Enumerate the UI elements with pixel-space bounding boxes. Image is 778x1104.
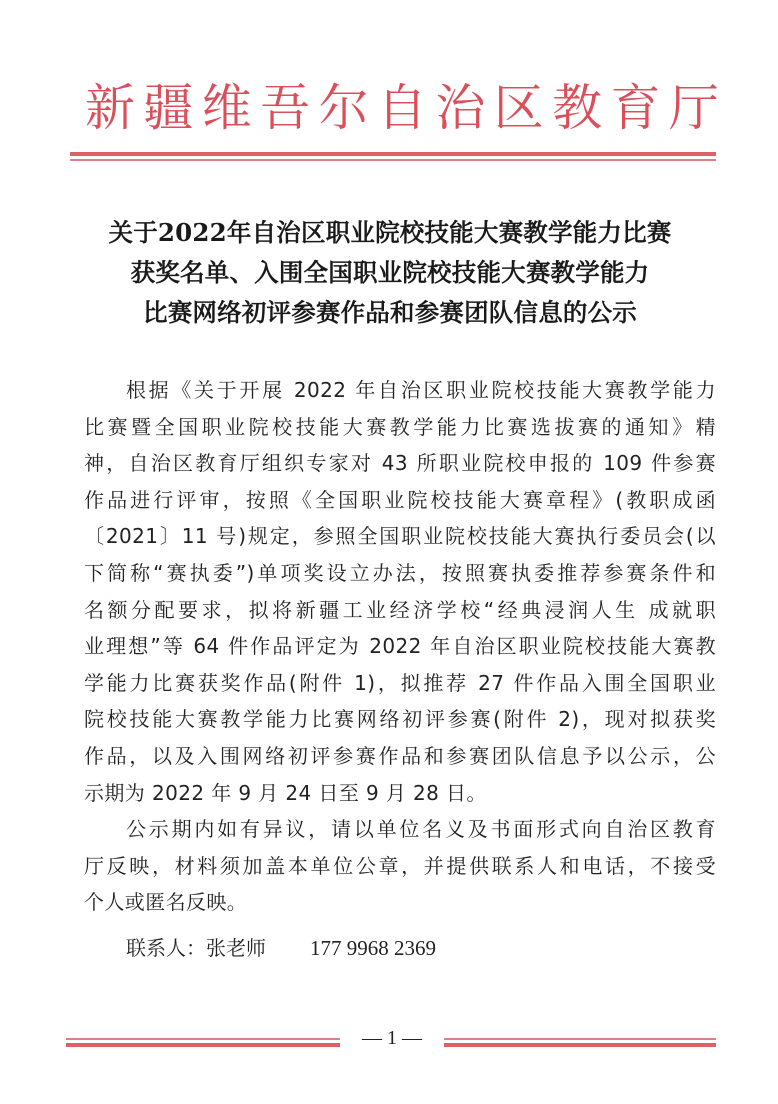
masthead-char: 尔 <box>316 78 372 138</box>
body-line: 名额分配要求，拟将新疆工业经济学校“经典浸润人生 成就职 <box>84 592 716 629</box>
title-line: 关于2022年自治区职业院校技能大赛教学能力比赛 <box>60 213 720 253</box>
masthead-char: 新 <box>82 78 138 138</box>
header-rule-thin <box>70 159 716 161</box>
body-line: 神，自治区教育厅组织专家对 43 所职业院校申报的 109 件参赛 <box>84 445 716 482</box>
masthead-char: 厅 <box>666 78 722 138</box>
body-line: 作品，以及入围网络初评参赛作品和参赛团队信息予以公示，公 <box>84 738 716 775</box>
document-title: 关于2022年自治区职业院校技能大赛教学能力比赛 获奖名单、入围全国职业院校技能… <box>60 213 720 333</box>
body-line: 公示期内如有异议，请以单位名义及书面形式向自治区教育 <box>84 811 716 848</box>
paragraph-1: 根据《关于开展 2022 年自治区职业院校技能大赛教学能力 比赛暨全国职业院校技… <box>84 372 716 811</box>
document-body: 根据《关于开展 2022 年自治区职业院校技能大赛教学能力 比赛暨全国职业院校技… <box>84 372 716 921</box>
masthead-char: 教 <box>549 78 605 138</box>
body-line: 下简称“赛执委”)单项奖设立办法，按照赛执委推荐参赛条件和 <box>84 555 716 592</box>
body-line: 示期为 2022 年 9 月 24 日至 9 月 28 日。 <box>84 775 716 812</box>
masthead-char: 疆 <box>140 78 196 138</box>
page-number: — 1 — <box>340 1026 444 1050</box>
masthead-char: 育 <box>608 78 664 138</box>
body-line: 比赛暨全国职业院校技能大赛教学能力比赛选拔赛的通知》精 <box>84 409 716 446</box>
body-line: 厅反映，材料须加盖本单位公章，并提供联系人和电话，不接受 <box>84 848 716 885</box>
body-line: 个人或匿名反映。 <box>84 884 716 921</box>
body-line: 〔2021〕11 号)规定，参照全国职业院校技能大赛执行委员会(以 <box>84 518 716 555</box>
body-line: 作品进行评审，按照《全国职业院校技能大赛章程》(教职成函 <box>84 482 716 519</box>
masthead-title: 新 疆 维 吾 尔 自 治 区 教 育 厅 <box>82 78 722 138</box>
body-line: 业理想”等 64 件作品评定为 2022 年自治区职业院校技能大赛教 <box>84 628 716 665</box>
body-line: 院校技能大赛教学能力比赛网络初评参赛(附件 2)，现对拟获奖 <box>84 701 716 738</box>
masthead-char: 吾 <box>257 78 313 138</box>
title-line: 比赛网络初评参赛作品和参赛团队信息的公示 <box>60 293 720 333</box>
body-line: 根据《关于开展 2022 年自治区职业院校技能大赛教学能力 <box>84 372 716 409</box>
masthead-char: 治 <box>432 78 488 138</box>
title-line: 获奖名单、入围全国职业院校技能大赛教学能力 <box>60 253 720 293</box>
header-rule-thick <box>70 152 716 156</box>
contact-phone: 177 9968 2369 <box>310 936 436 960</box>
body-line: 学能力比赛获奖作品(附件 1)，拟推荐 27 件作品入围全国职业 <box>84 665 716 702</box>
contact-label: 联系人：张老师 <box>126 936 266 960</box>
masthead-char: 维 <box>199 78 255 138</box>
masthead-char: 区 <box>491 78 547 138</box>
masthead-char: 自 <box>374 78 430 138</box>
contact-info: 联系人：张老师177 9968 2369 <box>126 930 436 966</box>
paragraph-2: 公示期内如有异议，请以单位名义及书面形式向自治区教育 厅反映，材料须加盖本单位公… <box>84 811 716 921</box>
